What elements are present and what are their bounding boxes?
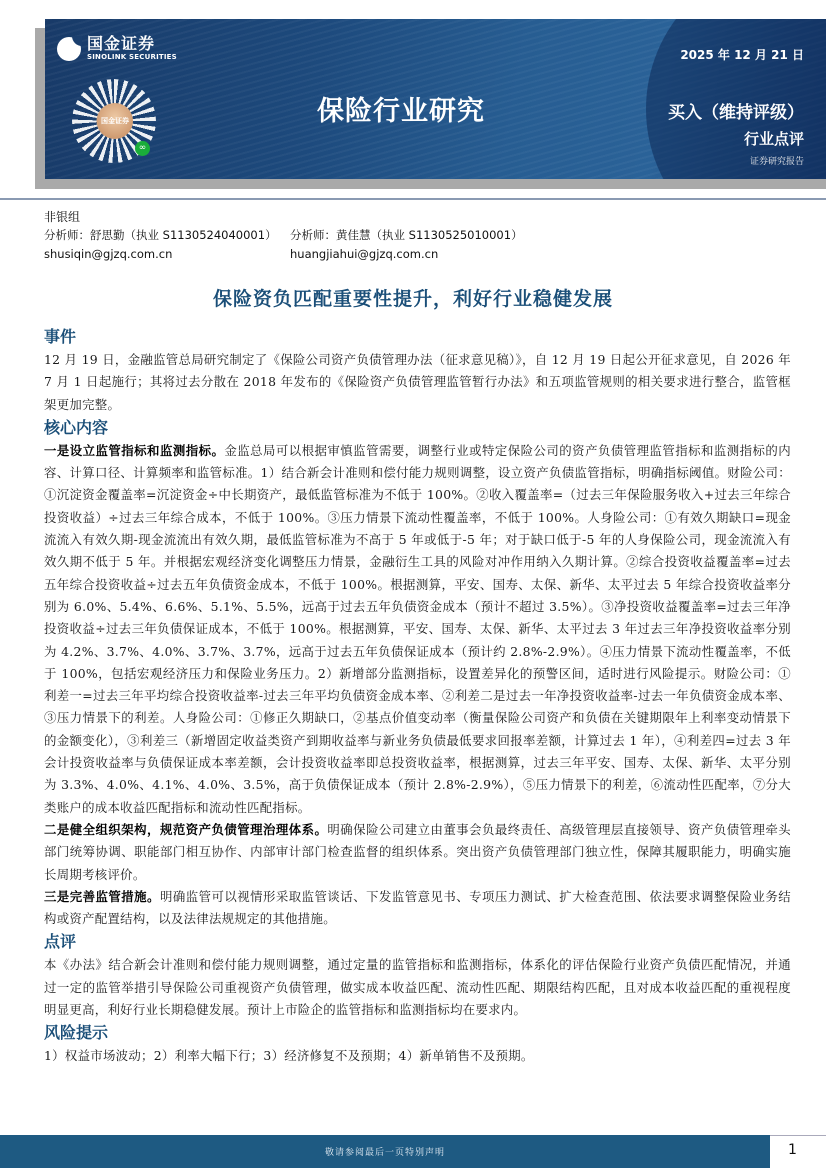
analyst-name: 分析师：黄佳慧（执业 S1130525010001） (290, 226, 536, 245)
header-banner: 国金证券 SINOLINK SECURITIES 国金证券 ∞ 保险行业研究 2… (45, 19, 826, 179)
core-item-lead: 一是设立监管指标和监测指标。 (44, 443, 224, 458)
brand-logo: 国金证券 SINOLINK SECURITIES (57, 36, 177, 61)
core-item-text: 金监总局可以根据审慎监管需要，调整行业或特定保险公司的资产负债管理监管指标和监测… (44, 443, 791, 815)
section-heading-comment: 点评 (44, 930, 791, 954)
logo-mark-icon (57, 37, 81, 61)
core-item-lead: 三是完善监管措施。 (44, 889, 160, 904)
footer-disclaimer: 敬请参阅最后一页特别声明 (325, 1145, 445, 1158)
report-body: 事件 12 月 19 日，金融监管总局研究制定了《保险公司资产负债管理办法（征求… (44, 325, 791, 1068)
report-title: 保险资负匹配重要性提升，利好行业稳健发展 (0, 284, 826, 311)
core-item-1: 一是设立监管指标和监测指标。金监总局可以根据审慎监管需要，调整行业或特定保险公司… (44, 440, 791, 819)
brand-name-en: SINOLINK SECURITIES (87, 54, 177, 61)
core-item-2: 二是健全组织架构，规范资产负债管理治理体系。明确保险公司建立由董事会负最终责任、… (44, 819, 791, 886)
page-number: 1 (788, 1142, 797, 1158)
mini-program-icon: ∞ (135, 141, 150, 156)
analyst-2: 分析师：黄佳慧（执业 S1130525010001） huangjiahui@g… (290, 226, 536, 264)
investment-rating: 买入（维持评级） (668, 98, 804, 123)
header-divider (0, 198, 826, 200)
report-subtype: 证券研究报告 (750, 154, 804, 167)
section-heading-event: 事件 (44, 325, 791, 349)
qr-center-badge: 国金证券 (97, 103, 133, 139)
analyst-1: 分析师：舒思勤（执业 S1130524040001） shusiqin@gjzq… (44, 226, 290, 264)
brand-name-cn: 国金证券 (87, 36, 177, 52)
risk-paragraph: 1）权益市场波动；2）利率大幅下行；3）经济修复不及预期；4）新单销售不及预期。 (44, 1045, 791, 1067)
core-item-3: 三是完善监管措施。明确监管可以视情形采取监管谈话、下发监管意见书、专项压力测试、… (44, 886, 791, 931)
section-heading-risk: 风险提示 (44, 1021, 791, 1045)
research-group: 非银组 (44, 208, 80, 225)
analyst-email[interactable]: huangjiahui@gjzq.com.cn (290, 245, 536, 264)
analyst-block: 分析师：舒思勤（执业 S1130524040001） shusiqin@gjzq… (44, 226, 536, 264)
analyst-email[interactable]: shusiqin@gjzq.com.cn (44, 245, 290, 264)
core-item-lead: 二是健全组织架构，规范资产负债管理治理体系。 (44, 822, 327, 837)
footer-bar: 敬请参阅最后一页特别声明 (0, 1135, 770, 1168)
section-heading-core: 核心内容 (44, 416, 791, 440)
comment-paragraph: 本《办法》结合新会计准则和偿付能力规则调整，通过定量的监管指标和监测指标，体系化… (44, 954, 791, 1021)
footer-divider (770, 1135, 826, 1136)
report-series-title: 保险行业研究 (317, 89, 485, 128)
report-date: 2025 年 12 月 21 日 (680, 46, 804, 63)
report-type: 行业点评 (744, 128, 804, 149)
event-paragraph: 12 月 19 日，金融监管总局研究制定了《保险公司资产负债管理办法（征求意见稿… (44, 349, 791, 416)
analyst-name: 分析师：舒思勤（执业 S1130524040001） (44, 226, 290, 245)
